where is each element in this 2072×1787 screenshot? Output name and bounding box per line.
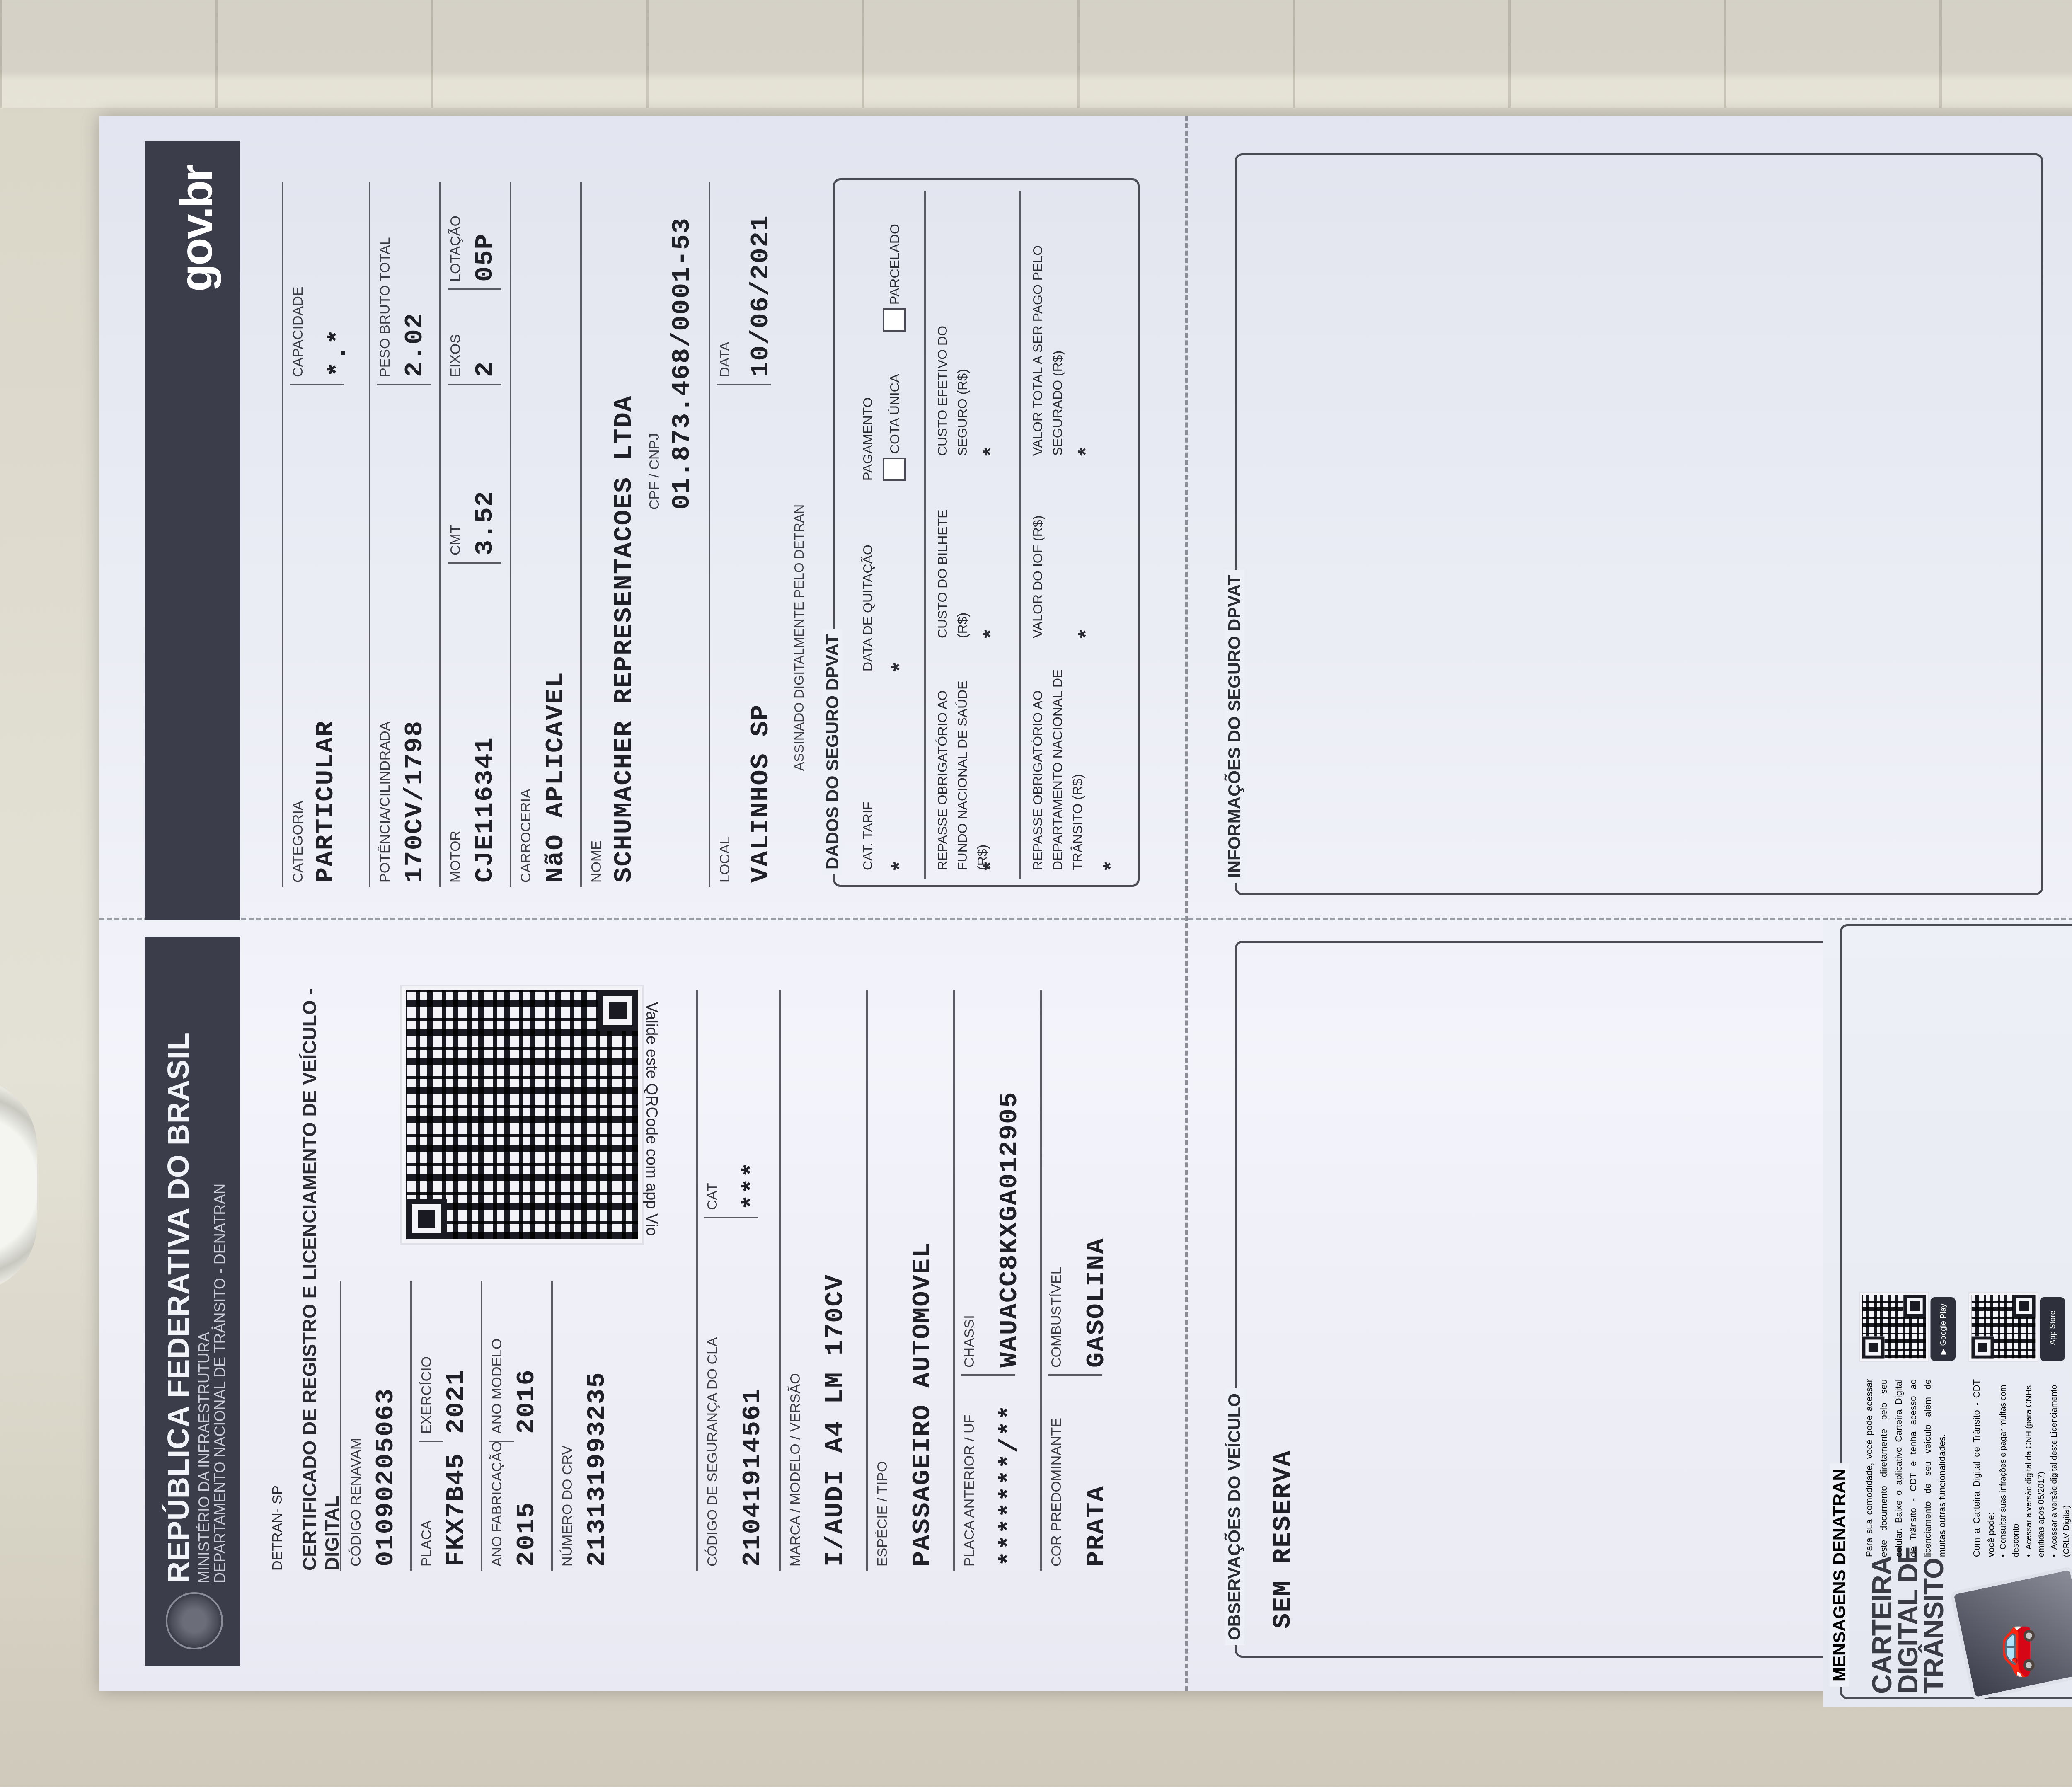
value-repasse-denatran: * xyxy=(1098,862,1123,870)
dpvat-title: DADOS DO SEGURO DPVAT xyxy=(823,629,842,874)
label-numero-crv: NÚMERO DO CRV xyxy=(559,1446,576,1567)
perforation-horizontal xyxy=(1185,116,1188,1691)
value-motor: CJE116341 xyxy=(470,736,500,883)
validation-qr-code[interactable] xyxy=(402,986,642,1243)
value-peso-bruto: 2.02 xyxy=(400,312,429,377)
value-carroceria: NãO APLICAVEL xyxy=(541,671,570,883)
checkbox-parcelado[interactable] xyxy=(883,308,906,332)
crlv-document: REPÚBLICA FEDERATIVA DO BRASIL MINISTÉRI… xyxy=(99,116,2072,1691)
label-cor: COR PREDOMINANTE xyxy=(1048,1418,1065,1567)
label-potencia: POTÊNCIA/CILINDRADA xyxy=(377,722,393,883)
value-valor-total: * xyxy=(1073,448,1098,456)
background-tiles xyxy=(0,0,2072,108)
value-local: VALINHOS SP xyxy=(746,704,775,883)
label-pagamento: PAGAMENTO xyxy=(858,397,878,481)
cdt-title: CARTEIRA DIGITAL DE TRÂNSITO xyxy=(1869,1546,1947,1694)
label-motor: MOTOR xyxy=(448,831,464,883)
value-renavam: 01090205063 xyxy=(371,1388,400,1567)
mensagens-list-intro: Com a Carteira Digital de Trânsito - CDT… xyxy=(1969,1379,1998,1557)
header-title: REPÚBLICA FEDERATIVA DO BRASIL xyxy=(162,1032,196,1583)
car-person-icon: 🚗 xyxy=(1983,1623,2036,1680)
value-cat: *** xyxy=(738,1161,767,1210)
value-lotacao: 05P xyxy=(470,233,500,282)
value-exercicio: 2021 xyxy=(441,1369,471,1434)
label-marca-modelo: MARCA / MODELO / VERSÃO xyxy=(787,1373,804,1567)
header-band: REPÚBLICA FEDERATIVA DO BRASIL MINISTÉRI… xyxy=(145,937,240,1666)
label-valor-iof: VALOR DO IOF (R$) xyxy=(1028,472,1048,638)
vehicle-data-panel-left: REPÚBLICA FEDERATIVA DO BRASIL MINISTÉRI… xyxy=(145,937,1156,1666)
header-band-right: gov.br xyxy=(145,141,240,920)
google-play-qr-code[interactable] xyxy=(1860,1293,1928,1361)
label-renavam: CÓDIGO RENAVAM xyxy=(348,1438,364,1567)
value-custo-bilhete: * xyxy=(978,630,1003,638)
list-item: Acessar a versão digital deste Licenciam… xyxy=(2048,1375,2072,1557)
label-cat: CAT xyxy=(704,1183,721,1210)
value-numero-crv: 213131993235 xyxy=(582,1372,612,1567)
label-categoria: CATEGORIA xyxy=(290,801,306,883)
label-especie-tipo: ESPÉCIE / TIPO xyxy=(874,1461,891,1567)
observacoes-title: OBSERVAÇÕES DO VEÍCULO xyxy=(1225,1388,1244,1645)
google-play-badge[interactable]: ▶Google Play xyxy=(1931,1297,1956,1361)
label-custo-efetivo: CUSTO EFETIVO DO SEGURO (R$) xyxy=(932,290,972,456)
label-capacidade: CAPACIDADE xyxy=(290,286,306,377)
vehicle-data-panel-right: gov.br CATEGORIA PARTICULAR CAPACIDADE *… xyxy=(145,141,1156,903)
play-store-icon: ▶ xyxy=(1939,1349,1948,1354)
header-department: DEPARTAMENTO NACIONAL DE TRÂNSITO - DENA… xyxy=(211,1184,229,1583)
label-repasse-denatran: REPASSE OBRIGATÓRIO AO DEPARTAMENTO NACI… xyxy=(1028,655,1087,870)
dpvat-info-title: INFORMAÇÕES DO SEGURO DPVAT xyxy=(1225,570,1244,883)
qr-caption: Valide este QRCode com app Vio xyxy=(642,995,660,1243)
value-capacidade: *.* xyxy=(323,328,353,377)
label-cpf-cnpj: CPF / CNPJ xyxy=(646,433,663,510)
mensagens-body: Para sua comodidade, você pode acessar e… xyxy=(1862,1379,1950,1557)
app-store-qr-code[interactable] xyxy=(1969,1293,2038,1361)
value-categoria: PARTICULAR xyxy=(311,720,340,883)
header-ministry: MINISTÉRIO DA INFRAESTRUTURA xyxy=(196,1332,213,1583)
value-potencia: 170CV/1798 xyxy=(400,720,429,883)
dpvat-info-panel: INFORMAÇÕES DO SEGURO DPVAT xyxy=(1218,141,2039,903)
mensagens-list: Consultar suas infrações e pagar multas … xyxy=(1997,1375,2072,1557)
value-ano-modelo: 2016 xyxy=(512,1369,541,1434)
checkbox-cota-unica[interactable] xyxy=(883,458,906,481)
label-nome: NOME xyxy=(588,840,605,883)
label-eixos: EIXOS xyxy=(448,334,464,377)
value-eixos: 2 xyxy=(470,361,500,377)
issuer: DETRAN- SP xyxy=(269,1485,286,1571)
certificate-title: CERTIFICADO DE REGISTRO E LICENCIAMENTO … xyxy=(298,937,343,1571)
value-combustivel: GASOLINA xyxy=(1082,1237,1111,1368)
value-marca-modelo: I/AUDI A4 LM 170CV xyxy=(821,1274,850,1567)
option-cota-unica: COTA ÚNICA xyxy=(885,374,905,454)
govbr-logo: gov.br xyxy=(170,166,223,292)
value-data: 10/06/2021 xyxy=(746,215,775,377)
label-chassi: CHASSI xyxy=(961,1315,978,1368)
label-cmt: CMT xyxy=(448,525,464,555)
label-custo-bilhete: CUSTO DO BILHETE (R$) xyxy=(932,489,972,638)
value-placa: FKX7B45 xyxy=(441,1453,471,1567)
label-cat-tarif: CAT. TARIF xyxy=(858,802,878,870)
value-repasse-fns: * xyxy=(978,862,1003,870)
label-exercicio: EXERCÍCIO xyxy=(419,1356,435,1434)
value-chassi: WAUACC8KXGA012905 xyxy=(995,1091,1024,1368)
value-ano-fabricacao: 2015 xyxy=(512,1501,541,1567)
signed-note: ASSINADO DIGITALMENTE PELO DETRAN xyxy=(792,504,807,771)
observacoes-value: SEM RESERVA xyxy=(1268,1450,1297,1629)
label-lotacao: LOTAÇÃO xyxy=(448,216,464,282)
label-peso-bruto: PESO BRUTO TOTAL xyxy=(377,237,393,377)
label-ano-fabricacao: ANO FABRICAÇÃO xyxy=(489,1441,505,1567)
value-custo-efetivo: * xyxy=(978,448,1003,456)
mensagens-denatran-panel: MENSAGENS DENATRAN CARTEIRA DIGITAL DE T… xyxy=(1823,920,2072,1707)
background-cup xyxy=(0,1078,37,1293)
value-cpf-cnpj: 01.873.468/0001-53 xyxy=(667,217,697,510)
list-item: Consultar suas infrações e pagar multas … xyxy=(1997,1375,2022,1557)
value-placa-anterior: *******/** xyxy=(995,1404,1024,1567)
label-repasse-fns: REPASSE OBRIGATÓRIO AO FUNDO NACIONAL DE… xyxy=(932,663,992,870)
label-combustivel: COMBUSTÍVEL xyxy=(1048,1266,1065,1368)
option-parcelado: PARCELADO xyxy=(885,224,905,305)
label-carroceria: CARROCERIA xyxy=(518,789,534,883)
label-valor-total: VALOR TOTAL A SER PAGO PELO SEGURADO (R$… xyxy=(1028,224,1067,456)
label-ano-modelo: ANO MODELO xyxy=(489,1339,505,1434)
value-data-quitacao: * xyxy=(887,663,912,671)
label-placa-anterior: PLACA ANTERIOR / UF xyxy=(961,1414,978,1567)
perforation-vertical xyxy=(99,918,2072,920)
label-codigo-seguranca: CÓDIGO DE SEGURANÇA DO CLA xyxy=(704,1337,721,1567)
list-item: Acessar a versão digital da CNH (para CN… xyxy=(2022,1375,2047,1557)
dpvat-info-box xyxy=(1235,153,2043,895)
value-cmt: 3.52 xyxy=(470,490,500,555)
value-valor-iof: * xyxy=(1073,630,1098,638)
value-cat-tarif: * xyxy=(887,862,912,870)
label-data: DATA xyxy=(717,341,733,377)
value-especie-tipo: PASSAGEIRO AUTOMOVEL xyxy=(908,1242,937,1567)
label-placa: PLACA xyxy=(419,1521,435,1567)
brasil-coat-of-arms-icon xyxy=(166,1592,223,1649)
value-cor: PRATA xyxy=(1082,1485,1111,1567)
value-codigo-seguranca: 21041914561 xyxy=(738,1388,767,1567)
label-local: LOCAL xyxy=(717,837,733,883)
app-store-badge[interactable]: App Store xyxy=(2040,1297,2065,1361)
label-data-quitacao: DATA DE QUITAÇÃO xyxy=(858,545,878,671)
value-nome: SCHUMACHER REPRESENTACOES LTDA xyxy=(609,395,639,883)
